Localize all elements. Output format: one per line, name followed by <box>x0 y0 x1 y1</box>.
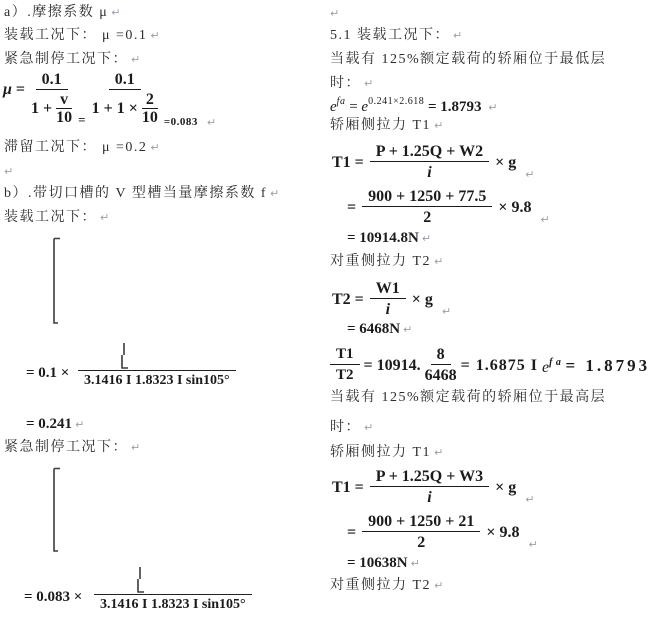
numerator: P + 1.25Q + W3 <box>370 467 489 487</box>
ratio-number-fraction: 86468 <box>425 345 457 385</box>
den-pre: 1 + 1 × <box>92 99 138 118</box>
equation-fraction: 3.1416 I 1.8323 I sin105° <box>94 558 252 613</box>
f-equation-loading: = 0.1 × 3.1416 I 1.8323 I sin105° <box>26 330 256 392</box>
paragraph-mark: ↵ <box>4 165 13 178</box>
multiplier: × 9.8 <box>486 523 519 542</box>
equals-sign: = <box>78 112 85 128</box>
paragraph-mark: ↵ <box>131 441 140 454</box>
equation-denominator: 3.1416 I 1.8323 I sin105° <box>78 371 236 389</box>
exponent-fa: f a <box>549 357 561 368</box>
paragraph-mark: ↵ <box>453 29 462 42</box>
exponent-value: 0.241×2.618 <box>368 96 424 107</box>
condition-text: 当载有 125%额定载荷的轿厢位于最高层 <box>330 390 606 405</box>
nested-numerator: 2 <box>142 91 158 109</box>
euler-e: e <box>330 99 337 115</box>
heading-vgroove-coefficient: b）.带切口槽的 V 型槽当量摩擦系数 f↵ <box>4 185 279 202</box>
result-text: = 0.241 <box>26 416 72 432</box>
document-page: a）.摩擦系数 μ↵ 装载工况下： μ =0.1↵ 紧急制停工况下：↵ μ = … <box>0 0 656 634</box>
ratio-fraction: T1T2 <box>330 345 360 385</box>
equals-sign: = <box>347 198 356 217</box>
denominator: i <box>427 162 431 182</box>
shi-text: 时： <box>330 76 361 91</box>
equals-sign: = <box>349 99 357 115</box>
line-loading-2: 装载工况下：↵ <box>4 209 109 226</box>
paragraph-mark: ↵ <box>403 323 412 336</box>
section-text: 5.1 装载工况下： <box>330 28 450 43</box>
paragraph-mark: ↵ <box>364 77 373 90</box>
mu-symbol: μ <box>3 81 12 98</box>
paragraph-mark: ↵ <box>270 187 279 200</box>
paragraph-mark: ↵ <box>525 168 534 181</box>
paragraph-mark: ↵ <box>150 141 159 154</box>
denominator: i <box>427 487 431 507</box>
efa-value: = 1.8793 <box>565 356 650 375</box>
numerator: T1 <box>330 345 360 365</box>
nested-fraction: v10 <box>56 91 72 126</box>
paragraph-mark: ↵ <box>364 421 373 434</box>
mu-lhs: μ = <box>3 80 25 99</box>
t2-lhs: T2 = <box>332 290 364 309</box>
line-shi-1: 时：↵ <box>330 75 373 92</box>
paragraph-mark: ↵ <box>207 116 216 129</box>
ratio-value-pre: = 10914. <box>364 356 421 375</box>
shi-text: 时： <box>330 420 361 435</box>
t1b-result: = 10638N↵ <box>347 554 420 573</box>
den-pre: 1 + <box>31 99 52 118</box>
paragraph-mark: ↵ <box>434 119 443 132</box>
bracket-glyph-icon <box>116 342 130 370</box>
equation-fraction: 3.1416 I 1.8323 I sin105° <box>78 334 236 389</box>
mu-formula: μ = 0.1 1 +v10 = 0.1 1 + 1 ×210 =0.083 ↵ <box>3 70 216 129</box>
paragraph-mark: ↵ <box>411 557 420 570</box>
denominator: 2 <box>423 207 431 227</box>
denominator: 2 <box>417 532 425 552</box>
t1b-fraction: P + 1.25Q + W3i <box>370 467 489 507</box>
paragraph-mark: ↵ <box>488 101 497 114</box>
broken-equation-bracket <box>50 237 64 330</box>
t1-formula: T1 = P + 1.25Q + W2i × g ↵ <box>332 142 534 182</box>
paragraph-mark: ↵ <box>75 418 84 431</box>
paragraph-mark: ↵ <box>528 538 537 551</box>
nested-denominator: 10 <box>142 109 158 126</box>
section-5-1: 5.1 装载工况下：↵ <box>330 27 462 44</box>
denominator: 1 + 1 ×210 <box>92 90 158 126</box>
t2-result: = 6468N↵ <box>347 320 412 339</box>
numerator: 900 + 1250 + 77.5 <box>362 187 492 207</box>
paragraph-mark: ↵ <box>150 29 159 42</box>
t1b-step-fraction: 900 + 1250 + 212 <box>362 512 480 552</box>
mu-result: =0.083 <box>164 116 198 128</box>
car-pull-text: 轿厢侧拉力 T1 <box>330 445 431 460</box>
bracket-glyph-icon <box>50 237 64 325</box>
t1-result: = 10914.8N↵ <box>347 229 431 248</box>
cwt-pull-text: 对重侧拉力 T2 <box>330 254 431 269</box>
condition-lowest-floor: 当载有 125%额定载荷的轿厢位于最低层 <box>330 51 606 68</box>
line-stall-mu: 滞留工况下： μ =0.2↵ <box>4 139 160 156</box>
line-estop-2: 紧急制停工况下：↵ <box>4 439 140 456</box>
label-car-side-pull-2: 轿厢侧拉力 T1↵ <box>330 444 443 461</box>
efa-equation: efa = e0.241×2.618 = 1.8793 ↵ <box>330 92 498 117</box>
broken-numerator <box>78 334 236 371</box>
numerator: 0.1 <box>36 70 68 90</box>
equation-denominator: 3.1416 I 1.8323 I sin105° <box>94 595 252 613</box>
t1-step-fraction: 900 + 1250 + 77.52 <box>362 187 492 227</box>
t1-step: = 900 + 1250 + 77.52 × 9.8 ↵ <box>347 187 550 227</box>
t1b-formula: T1 = P + 1.25Q + W3i × g ↵ <box>332 467 534 507</box>
empty-paragraph: ↵ <box>4 162 13 180</box>
equation-prefix: = 0.083 × <box>24 588 82 607</box>
paragraph-mark: ↵ <box>100 211 109 224</box>
paragraph-mark: ↵ <box>330 7 339 20</box>
estop-text: 紧急制停工况下： <box>4 52 128 67</box>
exponent-fa: fa <box>337 96 346 107</box>
estop-text: 紧急制停工况下： <box>4 440 128 455</box>
bracket-glyph-icon <box>50 467 64 553</box>
label-cwt-side-pull-1: 对重侧拉力 T2↵ <box>330 253 443 270</box>
ratio-result: = 1.6875 I <box>461 356 538 375</box>
line-loading-mu: 装载工况下： μ =0.1↵ <box>4 27 160 44</box>
broken-equation-bracket <box>50 467 64 558</box>
mu-fraction-2: 0.1 1 + 1 ×210 <box>92 70 158 126</box>
broken-numerator <box>94 558 252 595</box>
paragraph-mark: ↵ <box>525 493 534 506</box>
multiplier: × g <box>495 478 516 497</box>
line-estop-1: 紧急制停工况下：↵ <box>4 51 140 68</box>
paragraph-mark: ↵ <box>434 579 443 592</box>
t1-lhs: T1 = <box>332 153 364 172</box>
empty-paragraph: ↵ <box>330 4 339 22</box>
ratio-equation: T1T2 = 10914. 86468 = 1.6875 I ef a = 1.… <box>330 345 650 385</box>
loading-mu-text: 装载工况下： μ =0.1 <box>4 28 147 43</box>
t1-lhs: T1 = <box>332 478 364 497</box>
paragraph-mark: ↵ <box>131 53 140 66</box>
denominator: i <box>386 299 390 319</box>
nested-denominator: 10 <box>56 109 72 126</box>
multiplier: × g <box>495 153 516 172</box>
t1b-step: = 900 + 1250 + 212 × 9.8 ↵ <box>347 512 538 552</box>
result-text: = 6468N <box>347 321 400 337</box>
numerator: 900 + 1250 + 21 <box>362 512 480 532</box>
f-equation-estop: = 0.083 × 3.1416 I 1.8323 I sin105° <box>24 556 264 618</box>
label-cwt-side-pull-2: 对重侧拉力 T2↵ <box>330 577 443 594</box>
numerator: 8 <box>431 345 451 365</box>
f-result-loading: = 0.241↵ <box>26 415 84 434</box>
nested-numerator: v <box>56 91 72 109</box>
loading-text: 装载工况下： <box>4 210 97 225</box>
numerator: P + 1.25Q + W2 <box>370 142 489 162</box>
car-pull-text: 轿厢侧拉力 T1 <box>330 118 431 133</box>
mu-fraction-1: 0.1 1 +v10 <box>31 70 72 126</box>
paragraph-mark: ↵ <box>442 305 451 318</box>
denominator: 1 +v10 <box>31 90 72 126</box>
label-car-side-pull-1: 轿厢侧拉力 T1↵ <box>330 117 443 134</box>
nested-fraction: 210 <box>142 91 158 126</box>
bracket-glyph-icon <box>132 566 146 594</box>
equation-prefix: = 0.1 × <box>26 364 69 383</box>
denominator: 6468 <box>425 365 457 385</box>
efa-result: = 1.8793 <box>428 99 482 115</box>
denominator: T2 <box>336 365 354 385</box>
paragraph-mark: ↵ <box>422 232 431 245</box>
paragraph-mark: ↵ <box>434 446 443 459</box>
cwt-pull-text: 对重侧拉力 T2 <box>330 578 431 593</box>
multiplier: × g <box>412 290 433 309</box>
equals-sign: = <box>347 523 356 542</box>
paragraph-mark: ↵ <box>540 213 549 226</box>
result-text: = 10638N <box>347 555 408 571</box>
t1-fraction: P + 1.25Q + W2i <box>370 142 489 182</box>
condition-highest-floor: 当载有 125%额定载荷的轿厢位于最高层 <box>330 389 606 406</box>
line-shi-2: 时：↵ <box>330 419 373 436</box>
paragraph-mark: ↵ <box>434 255 443 268</box>
stall-text: 滞留工况下： μ =0.2 <box>4 140 147 155</box>
heading-a-text: a）.摩擦系数 μ <box>4 5 108 20</box>
numerator: W1 <box>370 279 406 299</box>
heading-friction-coefficient: a）.摩擦系数 μ↵ <box>4 4 120 21</box>
heading-b-text: b）.带切口槽的 V 型槽当量摩擦系数 f <box>4 186 267 201</box>
efa-reference: ef a <box>542 353 561 377</box>
paragraph-mark: ↵ <box>111 6 120 19</box>
result-text: = 10914.8N <box>347 230 419 246</box>
condition-text: 当载有 125%额定载荷的轿厢位于最低层 <box>330 52 606 67</box>
numerator: 0.1 <box>109 70 141 90</box>
t2-fraction: W1i <box>370 279 406 319</box>
t2-formula: T2 = W1i × g ↵ <box>332 279 451 319</box>
equals-sign: = <box>16 81 25 98</box>
multiplier: × 9.8 <box>498 198 531 217</box>
